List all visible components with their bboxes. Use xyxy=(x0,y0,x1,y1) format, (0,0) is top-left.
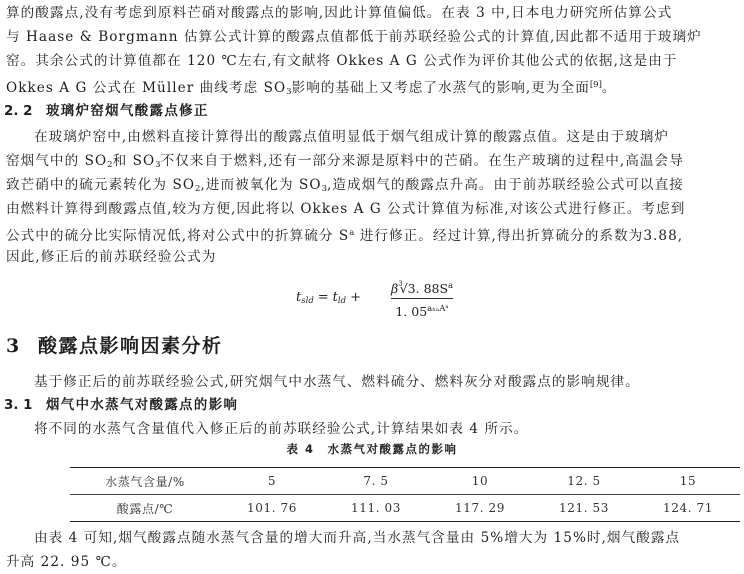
paragraph-line: 由表 4 可知,烟气酸露点随水蒸气含量的增大而升高,当水蒸气含量由 5%增大为 … xyxy=(34,528,680,548)
table-cell: 111. 03 xyxy=(324,495,428,522)
paragraph-line: Okkes A G 公式在 Müller 曲线考虑 SO3影响的基础上又考虑了水… xyxy=(6,75,617,102)
paragraph-line: 公式中的硫分比实际情况低,将对公式中的折算硫分 Sa 进行修正。经过计算,得出折… xyxy=(6,223,683,246)
table-row: 水蒸气含量/% 5 7. 5 10 12. 5 15 xyxy=(70,468,740,495)
paragraph-line: 在玻璃炉窑中,由燃料直接计算得出的酸露点值明显低于烟气组成计算的酸露点值。这是由… xyxy=(34,127,669,147)
paragraph-line: 窑。其余公式的计算值都在 120 ℃左右,有文献将 Okkes A G 公式作为… xyxy=(6,51,678,71)
section-heading-3-1: 3. 1烟气中水蒸气对酸露点的影响 xyxy=(4,396,238,416)
table-cell: 5 xyxy=(220,468,324,495)
paragraph-line: 因此,修正后的前苏联经验公式为 xyxy=(6,247,216,267)
row-label: 酸露点/℃ xyxy=(70,495,220,522)
paper-page: 算的酸露点,没有考虑到原料芒硝对酸露点的影响,因此计算值偏低。在表 3 中,日本… xyxy=(0,0,744,574)
table-cell: 124. 71 xyxy=(636,495,740,522)
formula-lhs: tsld=tld+ xyxy=(296,290,365,306)
citation: [9] xyxy=(590,80,602,90)
paragraph-line: 由燃料计算得到酸露点值,较为方便,因此将以 Okkes A G 公式计算值为标准… xyxy=(6,199,685,219)
table-cell: 121. 53 xyxy=(532,495,636,522)
fraction-bar xyxy=(391,298,453,299)
table-cell: 12. 5 xyxy=(532,468,636,495)
table-cell: 15 xyxy=(636,468,740,495)
table-cell: 10 xyxy=(428,468,532,495)
table-row: 酸露点/℃ 101. 76 111. 03 117. 29 121. 53 12… xyxy=(70,495,740,522)
section-heading-2-2: 2. 2玻璃炉窑烟气酸露点修正 xyxy=(4,102,209,122)
table-cell: 117. 29 xyxy=(428,495,532,522)
paragraph-line: 将不同的水蒸气含量值代入修正后的前苏联经验公式,计算结果如表 4 所示。 xyxy=(34,419,528,439)
paragraph-line: 窑烟气中的 SO2和 SO3不仅来自于燃料,还有一部分来源是原料中的芒硝。在生产… xyxy=(6,151,684,175)
table-caption: 表 4 水蒸气对酸露点的影响 xyxy=(0,441,744,457)
formula-numerator: β3√3. 88Sa xyxy=(391,276,453,297)
paragraph-line: 算的酸露点,没有考虑到原料芒硝对酸露点的影响,因此计算值偏低。在表 3 中,日本… xyxy=(6,3,672,23)
table-4: 水蒸气含量/% 5 7. 5 10 12. 5 15 酸露点/℃ 101. 76… xyxy=(70,467,740,522)
paragraph-line: 升高 22. 95 ℃。 xyxy=(6,552,126,572)
formula-denominator: 1. 05aₕₐAᵃ xyxy=(391,301,453,320)
table-cell: 7. 5 xyxy=(324,468,428,495)
table-cell: 101. 76 xyxy=(220,495,324,522)
paragraph-line: 致芒硝中的硫元素转化为 SO2,进而被氧化为 SO3,造成烟气的酸露点升高。由于… xyxy=(6,175,684,199)
paragraph-line: 基于修正后的前苏联经验公式,研究烟气中水蒸气、燃料硫分、燃料灰分对酸露点的影响规… xyxy=(34,372,640,392)
formula-fraction: β3√3. 88Sa 1. 05aₕₐAᵃ xyxy=(391,276,453,320)
section-heading-3: 3酸露点影响因素分析 xyxy=(6,333,223,359)
paragraph-line: 与 Haase & Borgmann 估算公式计算的酸露点值都低于前苏联经验公式… xyxy=(6,27,702,47)
row-label: 水蒸气含量/% xyxy=(70,468,220,495)
